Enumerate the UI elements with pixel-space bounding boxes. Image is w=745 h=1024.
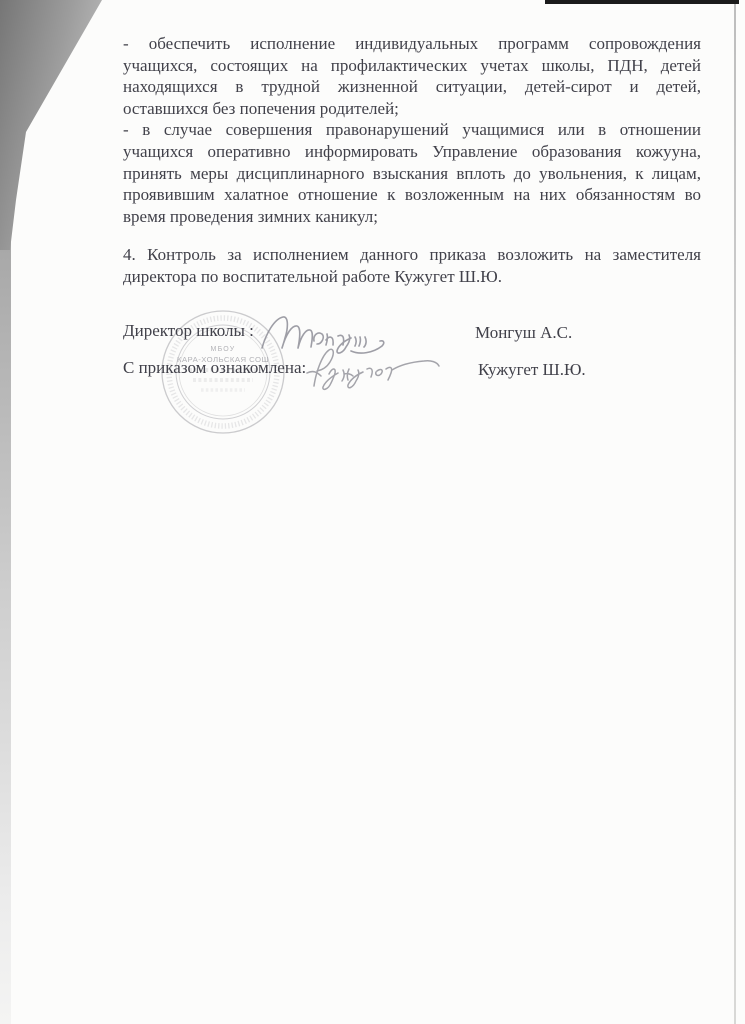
- text-line: - обеспечить исполнение индивидуальных п…: [123, 33, 701, 55]
- top-edge-scan-line: [545, 0, 739, 4]
- order-item-4: 4. Контроль за исполнением данного прика…: [123, 244, 701, 287]
- right-edge-scan-line: [734, 0, 736, 1024]
- text-line: - в случае совершения правонарушений уча…: [123, 119, 701, 141]
- director-name: Монгуш А.С.: [475, 322, 572, 344]
- text-line: время проведения зимних каникул;: [123, 206, 701, 228]
- text-line: принять меры дисциплинарного взыскания в…: [123, 163, 701, 185]
- scanned-order-page: - обеспечить исполнение индивидуальных п…: [0, 0, 745, 1024]
- stamp-text-mbou: МБОУ: [211, 346, 236, 353]
- text-line: директора по воспитательной работе Кужуг…: [123, 266, 701, 288]
- text-line: учащихся оперативно информировать Управл…: [123, 141, 701, 163]
- text-line: 4. Контроль за исполнением данного прика…: [123, 244, 701, 266]
- director-label: Директор школы :: [123, 320, 254, 342]
- acknowledged-signature: [298, 342, 453, 397]
- text-line: находящихся в трудной жизненной ситуации…: [123, 76, 701, 98]
- acknowledged-name: Кужугет Ш.Ю.: [478, 359, 586, 381]
- text-line: проявившим халатное отношение к возложен…: [123, 184, 701, 206]
- corner-fold-shadow: [0, 0, 120, 250]
- acknowledged-signature-stroke: [307, 349, 439, 389]
- text-line: учащихся, состоящих на профилактических …: [123, 55, 701, 77]
- order-body-text: - обеспечить исполнение индивидуальных п…: [123, 33, 701, 227]
- text-line: оставшихся без попечения родителей;: [123, 98, 701, 120]
